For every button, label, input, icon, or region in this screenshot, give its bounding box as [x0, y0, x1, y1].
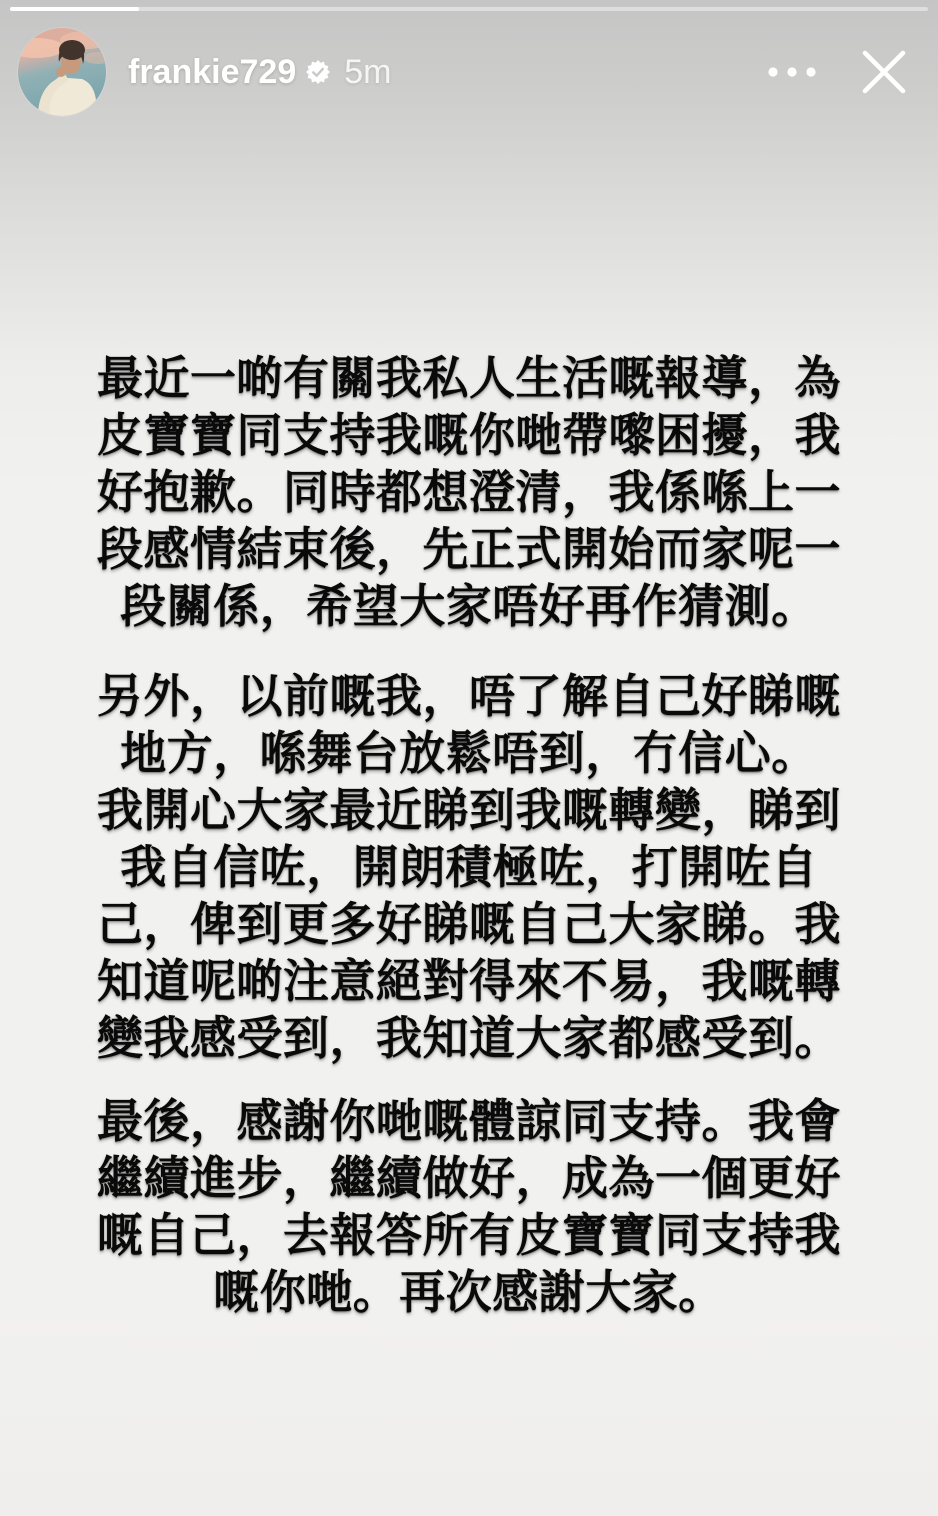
story-progress-fill	[10, 7, 139, 11]
story-line: 段感情結束後，先正式開始而家呢一	[0, 521, 938, 578]
story-paragraph-2: 另外，以前嘅我，唔了解自己好睇嘅 地方，喺舞台放鬆唔到，冇信心。 我開心大家最近…	[0, 668, 938, 1067]
story-line: 另外，以前嘅我，唔了解自己好睇嘅	[0, 668, 938, 725]
story-line: 最近一啲有關我私人生活嘅報導，為	[0, 350, 938, 407]
story-paragraph-3: 最後，感謝你哋嘅體諒同支持。我會 繼續進步，繼續做好，成為一個更好 嘅自己，去報…	[0, 1093, 938, 1321]
username[interactable]: frankie729	[128, 53, 296, 92]
more-options-button[interactable]	[766, 65, 818, 79]
story-progress-bar[interactable]	[10, 7, 928, 11]
story-line: 繼續進步，繼續做好，成為一個更好	[0, 1150, 938, 1207]
story-line: 最後，感謝你哋嘅體諒同支持。我會	[0, 1093, 938, 1150]
story-screen: frankie729 5m 最近一啲有關我私人生活嘅報導，為 皮寶寶同支持我嘅你…	[0, 0, 938, 1516]
story-line: 我自信咗，開朗積極咗，打開咗自	[0, 839, 938, 896]
story-paragraph-1: 最近一啲有關我私人生活嘅報導，為 皮寶寶同支持我嘅你哋帶嚟困擾，我 好抱歉。同時…	[0, 350, 938, 635]
timestamp: 5m	[344, 53, 391, 92]
avatar[interactable]	[18, 28, 106, 116]
story-line: 嘅你哋。再次感謝大家。	[0, 1264, 938, 1321]
story-line: 嘅自己，去報答所有皮寶寶同支持我	[0, 1207, 938, 1264]
story-line: 己，俾到更多好睇嘅自己大家睇。我	[0, 896, 938, 953]
story-line: 段關係，希望大家唔好再作猜測。	[0, 578, 938, 635]
story-header: frankie729 5m	[0, 26, 938, 118]
avatar-image	[18, 28, 106, 116]
verified-badge-icon	[306, 60, 330, 84]
story-line: 知道呢啲注意絕對得來不易，我嘅轉	[0, 953, 938, 1010]
close-button[interactable]	[856, 44, 912, 100]
x-icon	[856, 44, 912, 100]
ellipsis-icon	[766, 65, 818, 79]
story-line: 我開心大家最近睇到我嘅轉變，睇到	[0, 782, 938, 839]
story-line: 地方，喺舞台放鬆唔到，冇信心。	[0, 725, 938, 782]
story-line: 皮寶寶同支持我嘅你哋帶嚟困擾，我	[0, 407, 938, 464]
story-line: 變我感受到，我知道大家都感受到。	[0, 1010, 938, 1067]
story-line: 好抱歉。同時都想澄清，我係喺上一	[0, 464, 938, 521]
